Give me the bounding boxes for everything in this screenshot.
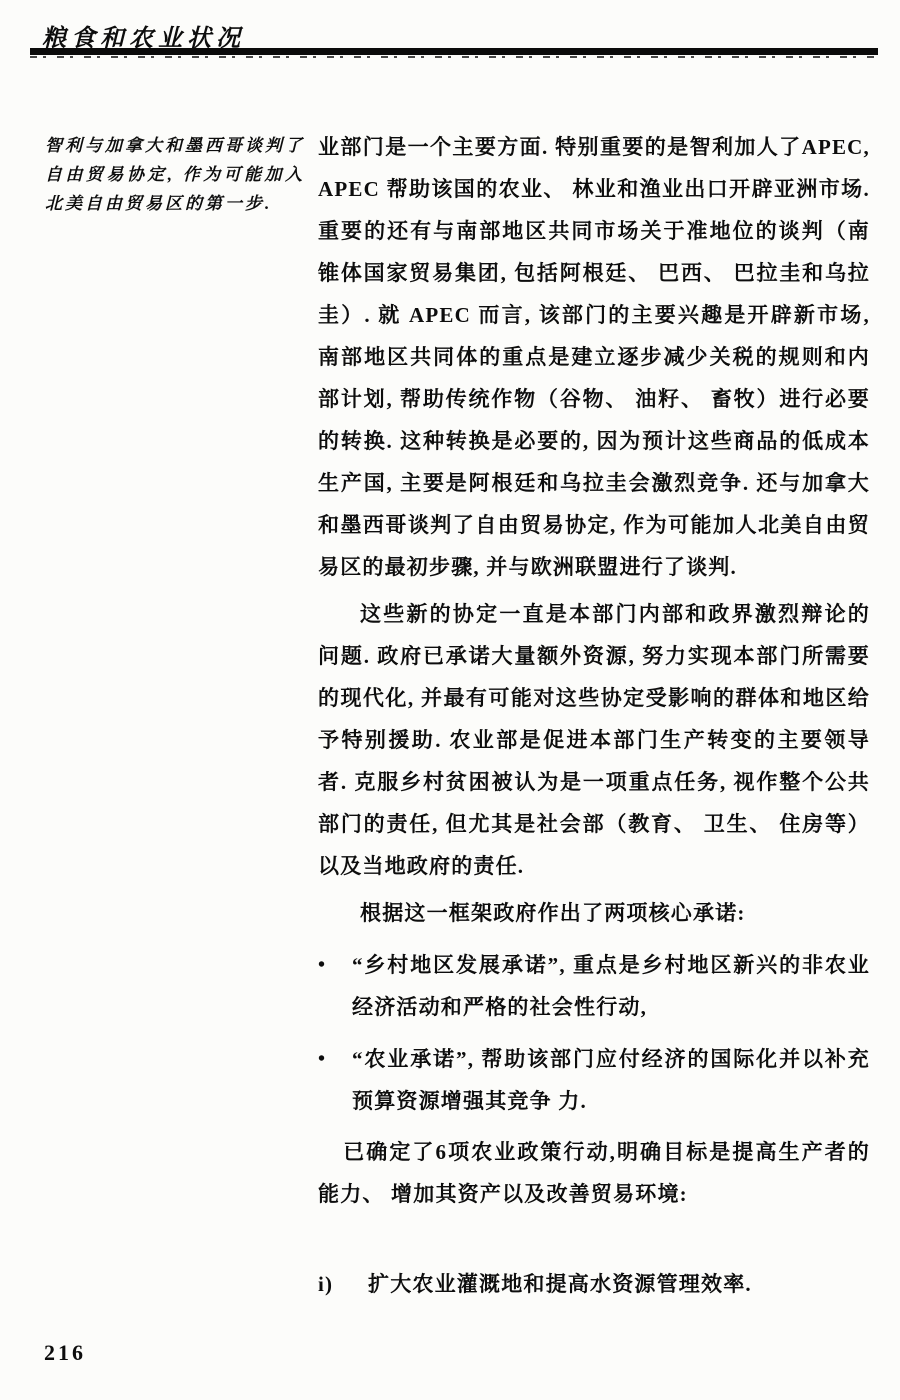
bullet-text: “农业承诺”, 帮助该部门应付经济的国际化并以补充预算资源增强其竞争 力.: [352, 1038, 870, 1122]
page-number: 216: [44, 1340, 86, 1366]
main-text-column: 业部门是一个主要方面. 特别重要的是智利加人了APEC, APEC 帮助该国的农…: [318, 126, 870, 1305]
paragraph-new-agreements: 这些新的协定一直是本部门内部和政界激烈辩论的问题. 政府已承诺大量额外资源, 努…: [318, 593, 870, 887]
commitments-bullet-list: • “乡村地区发展承诺”, 重点是乡村地区新兴的非农业经济活动和严格的社会性行动…: [318, 944, 870, 1122]
header-rule: [30, 48, 878, 58]
list-marker: i): [318, 1263, 368, 1305]
policy-action-item-i: i) 扩大农业灌溉地和提高水资源管理效率.: [318, 1263, 870, 1305]
header-rule-bar: [30, 48, 878, 55]
list-item-text: 扩大农业灌溉地和提高水资源管理效率.: [368, 1263, 870, 1305]
paragraph-framework-commitments: 根据这一框架政府作出了两项核心承诺:: [318, 892, 870, 934]
paragraph-continuation: 业部门是一个主要方面. 特别重要的是智利加人了APEC, APEC 帮助该国的农…: [318, 126, 870, 588]
header-rule-frays: [30, 56, 878, 58]
bullet-item-rural-development: • “乡村地区发展承诺”, 重点是乡村地区新兴的非农业经济活动和严格的社会性行动…: [318, 944, 870, 1028]
paragraph-six-policy-actions: 已确定了6项农业政策行动,明确目标是提高生产者的能力、 增加其资产以及改善贸易环…: [318, 1131, 870, 1215]
document-page: 粮食和农业状况 智利与加拿大和墨西哥谈判了自由贸易协定, 作为可能加入北美自由贸…: [0, 0, 900, 1400]
bullet-icon: •: [318, 1038, 352, 1122]
margin-note: 智利与加拿大和墨西哥谈判了自由贸易协定, 作为可能加入北美自由贸易区的第一步.: [45, 131, 305, 218]
bullet-text: “乡村地区发展承诺”, 重点是乡村地区新兴的非农业经济活动和严格的社会性行动,: [352, 944, 870, 1028]
bullet-item-agriculture-commitment: • “农业承诺”, 帮助该部门应付经济的国际化并以补充预算资源增强其竞争 力.: [318, 1038, 870, 1122]
bullet-icon: •: [318, 944, 352, 1028]
